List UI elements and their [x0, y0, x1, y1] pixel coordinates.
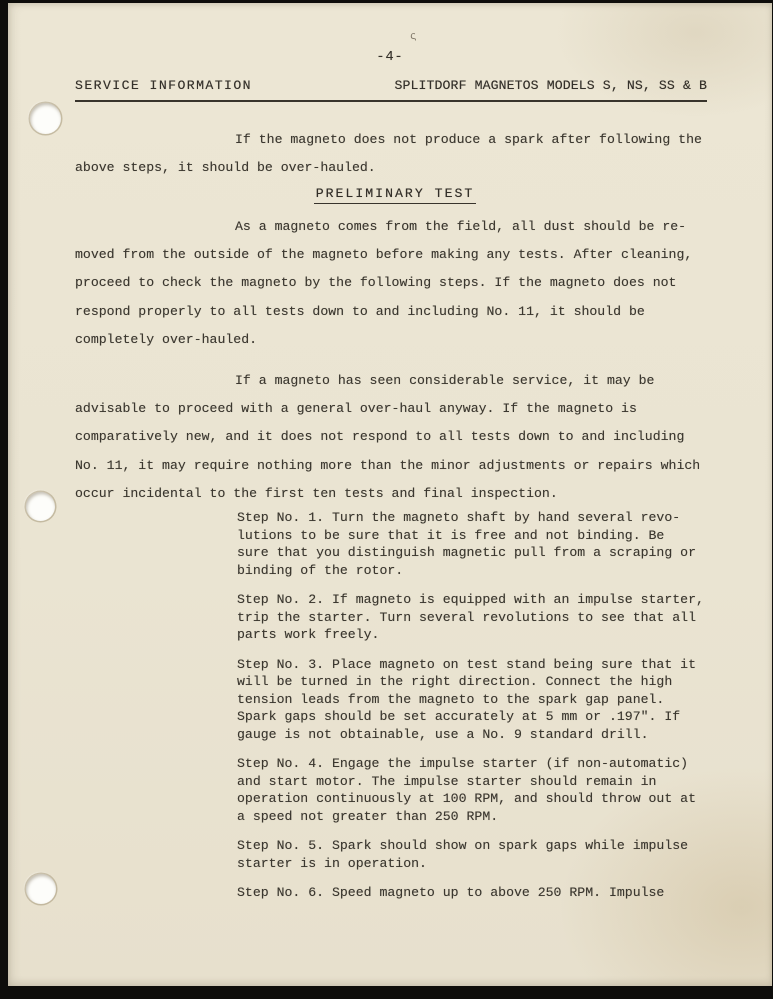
text-line: respond properly to all tests down to an… — [75, 298, 715, 326]
text-line: Step No. 2. If magneto is equipped with … — [237, 591, 727, 609]
stray-ink-mark: ς — [409, 31, 417, 44]
intro-paragraph: If the magneto does not produce a spark … — [75, 126, 715, 182]
punch-hole-middle — [26, 492, 55, 521]
text-line: above steps, it should be over-hauled. — [75, 154, 715, 182]
paragraph-2: As a magneto comes from the field, all d… — [75, 213, 715, 354]
punch-hole-top — [30, 103, 61, 134]
text-line: Step No. 6. Speed magneto up to above 25… — [237, 884, 727, 902]
text-line: will be turned in the right direction. C… — [237, 673, 727, 691]
text-line: moved from the outside of the magneto be… — [75, 241, 715, 269]
step-5: Step No. 5. Spark should show on spark g… — [237, 837, 727, 872]
text-line: advisable to proceed with a general over… — [75, 395, 715, 423]
section-heading-text: PRELIMINARY TEST — [314, 186, 477, 204]
text-line: comparatively new, and it does not respo… — [75, 423, 715, 451]
step-4: Step No. 4. Engage the impulse starter (… — [237, 755, 727, 825]
page-number: -4- — [8, 50, 772, 65]
section-heading: PRELIMINARY TEST — [75, 186, 715, 201]
text-line: starter is in operation. — [237, 855, 727, 873]
text-line: a speed not greater than 250 RPM. — [237, 808, 727, 826]
text-line: parts work freely. — [237, 626, 727, 644]
text-line: Step No. 4. Engage the impulse starter (… — [237, 755, 727, 773]
text-line: occur incidental to the first ten tests … — [75, 480, 715, 508]
text-line: Spark gaps should be set accurately at 5… — [237, 708, 727, 726]
text-line: binding of the rotor. — [237, 562, 727, 580]
header-right-title: SPLITDORF MAGNETOS MODELS S, NS, SS & B — [394, 78, 707, 93]
text-line: Step No. 1. Turn the magneto shaft by ha… — [237, 509, 727, 527]
scanned-document: ς -4- SERVICE INFORMATION SPLITDORF MAGN… — [0, 0, 773, 999]
text-line: proceed to check the magneto by the foll… — [75, 269, 715, 297]
step-6: Step No. 6. Speed magneto up to above 25… — [237, 884, 727, 902]
text-line: No. 11, it may require nothing more than… — [75, 452, 715, 480]
text-line: completely over-hauled. — [75, 326, 715, 354]
step-2: Step No. 2. If magneto is equipped with … — [237, 591, 727, 644]
header-left-title: SERVICE INFORMATION — [75, 78, 252, 93]
text-line: As a magneto comes from the field, all d… — [75, 213, 715, 241]
text-line: sure that you distinguish magnetic pull … — [237, 544, 727, 562]
text-line: Step No. 5. Spark should show on spark g… — [237, 837, 727, 855]
step-1: Step No. 1. Turn the magneto shaft by ha… — [237, 509, 727, 579]
paper-page: ς -4- SERVICE INFORMATION SPLITDORF MAGN… — [8, 3, 772, 986]
text-line: If a magneto has seen considerable servi… — [75, 367, 715, 395]
text-line: If the magneto does not produce a spark … — [75, 126, 715, 154]
text-line: operation continuously at 100 RPM, and s… — [237, 790, 727, 808]
text-line: lutions to be sure that it is free and n… — [237, 527, 727, 545]
punch-hole-bottom — [26, 874, 56, 904]
page-header: SERVICE INFORMATION SPLITDORF MAGNETOS M… — [75, 78, 707, 102]
steps-list: Step No. 1. Turn the magneto shaft by ha… — [237, 509, 727, 914]
paragraph-3: If a magneto has seen considerable servi… — [75, 367, 715, 508]
text-line: Step No. 3. Place magneto on test stand … — [237, 656, 727, 674]
step-3: Step No. 3. Place magneto on test stand … — [237, 656, 727, 744]
text-line: gauge is not obtainable, use a No. 9 sta… — [237, 726, 727, 744]
text-line: and start motor. The impulse starter sho… — [237, 773, 727, 791]
text-line: trip the starter. Turn several revolutio… — [237, 609, 727, 627]
text-line: tension leads from the magneto to the sp… — [237, 691, 727, 709]
